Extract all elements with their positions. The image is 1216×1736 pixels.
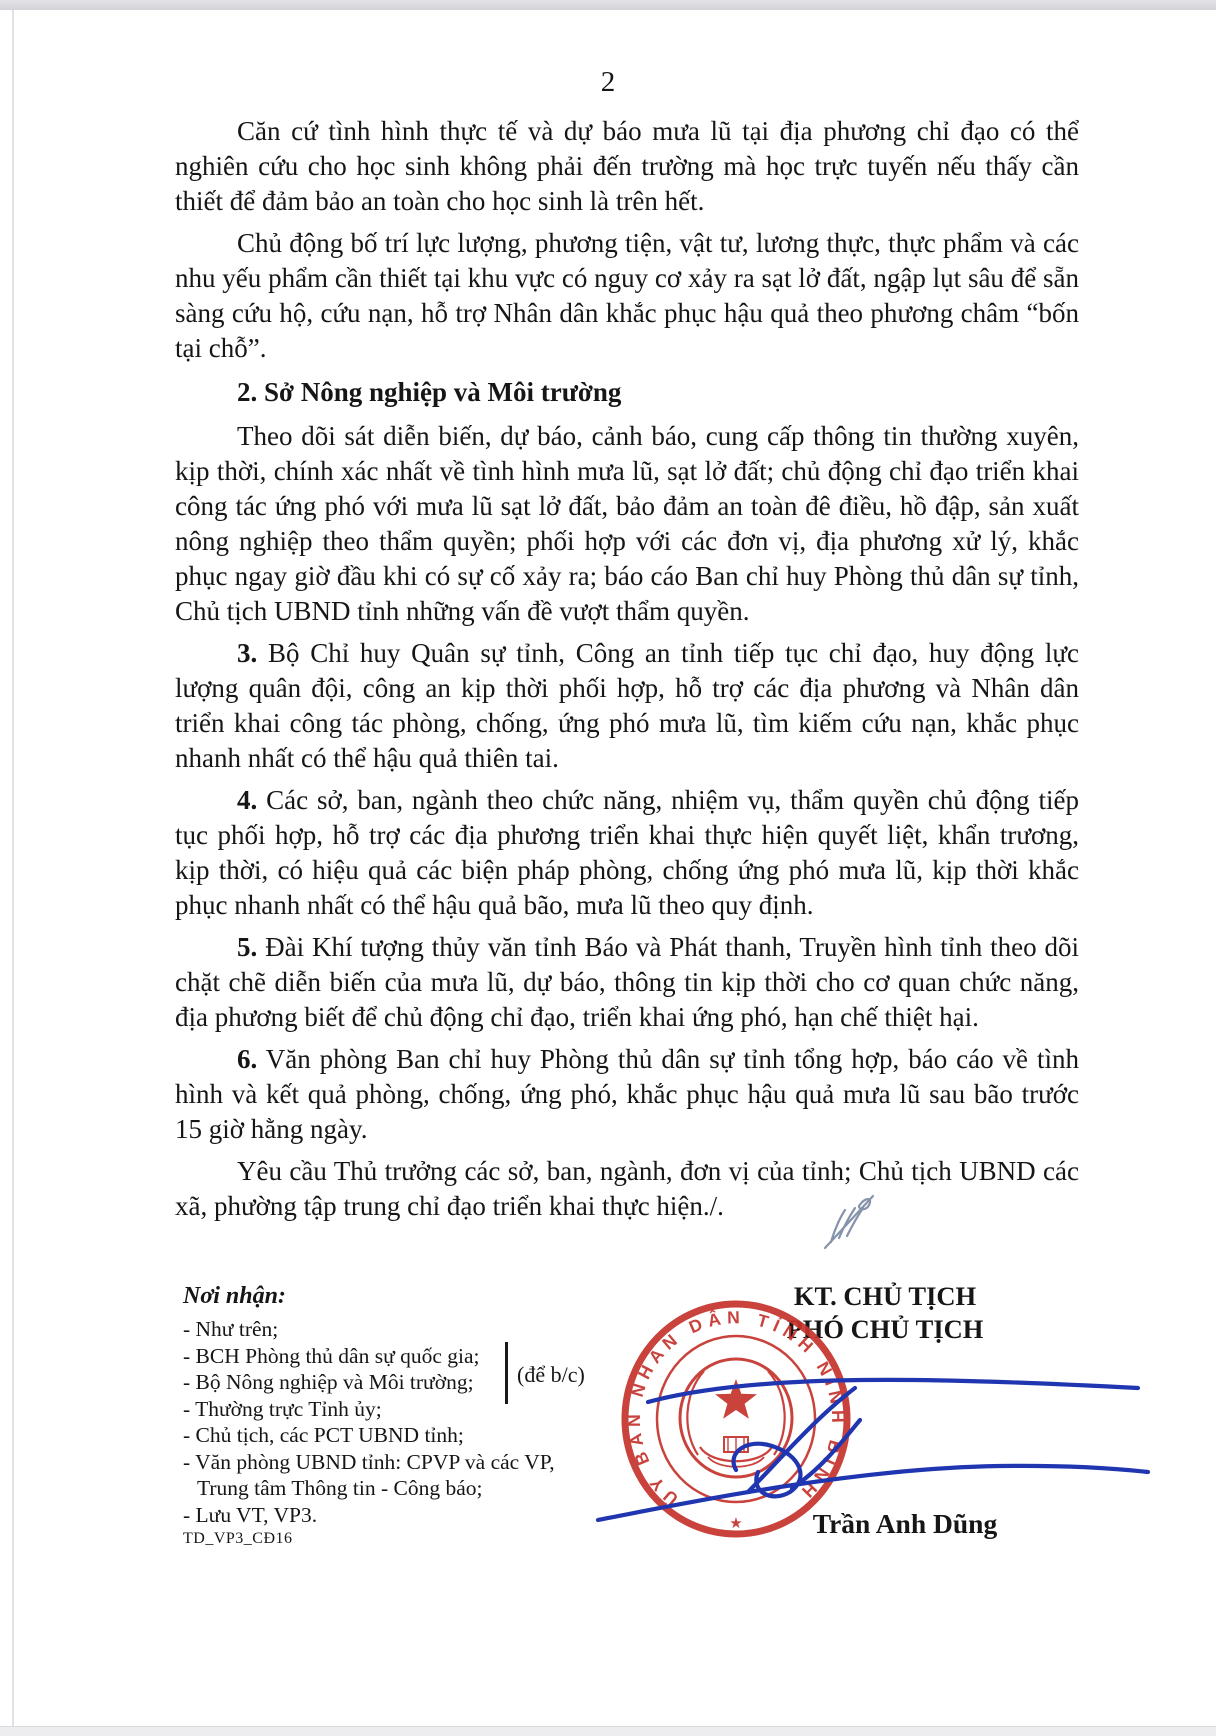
scan-edge-left [12, 10, 14, 1726]
bracket-line [505, 1342, 508, 1404]
paragraph-text: Theo dõi sát diễn biến, dự báo, cảnh báo… [175, 421, 1079, 626]
page-number: 2 [0, 66, 1216, 99]
document-page: 2 Căn cứ tình hình thực tế và dự báo mưa… [0, 0, 1216, 1736]
paragraph-text: Đài Khí tượng thủy văn tỉnh Báo và Phát … [175, 932, 1079, 1032]
body-paragraph: 5. Đài Khí tượng thủy văn tỉnh Báo và Ph… [175, 930, 1079, 1035]
paragraph-number: 5. [237, 932, 257, 962]
body-paragraph: Yêu cầu Thủ trưởng các sở, ban, ngành, đ… [175, 1154, 1079, 1224]
recipients-block: Nơi nhận: - Như trên; - BCH Phòng thủ dâ… [183, 1283, 543, 1548]
paragraph-number: 6. [237, 1044, 257, 1074]
scan-edge-bottom [0, 1726, 1216, 1736]
recipient-item: - Lưu VT, VP3. [183, 1502, 543, 1529]
body-paragraph: 4. Các sở, ban, ngành theo chức năng, nh… [175, 783, 1079, 923]
paragraph-number: 4. [237, 785, 257, 815]
recipient-item: - BCH Phòng thủ dân sự quốc gia; [183, 1343, 543, 1370]
archive-code: TD_VP3_CĐ16 [183, 1530, 543, 1548]
document-body: Căn cứ tình hình thực tế và dự báo mưa l… [175, 114, 1079, 1231]
recipient-item: - Văn phòng UBND tỉnh: CPVP và các VP, [183, 1449, 543, 1476]
paragraph-number: 2. [237, 377, 257, 407]
paragraph-text: Văn phòng Ban chỉ huy Phòng thủ dân sự t… [175, 1044, 1079, 1144]
recipient-item: - Bộ Nông nghiệp và Môi trường; [183, 1369, 543, 1396]
body-paragraph: 3. Bộ Chỉ huy Quân sự tỉnh, Công an tỉnh… [175, 636, 1079, 776]
paragraph-number: 3. [237, 638, 257, 668]
recipient-item: Trung tâm Thông tin - Công báo; [183, 1475, 543, 1502]
paragraph-text: Bộ Chỉ huy Quân sự tỉnh, Công an tỉnh ti… [175, 638, 1079, 773]
section-heading: 2. Sở Nông nghiệp và Môi trường [175, 375, 1079, 410]
paragraph-text: Yêu cầu Thủ trưởng các sở, ban, ngành, đ… [175, 1156, 1079, 1221]
body-paragraph: Căn cứ tình hình thực tế và dự báo mưa l… [175, 114, 1079, 219]
recipients-label: Nơi nhận: [183, 1283, 543, 1310]
paragraph-text: Các sở, ban, ngành theo chức năng, nhiệm… [175, 785, 1079, 920]
body-paragraph: 6. Văn phòng Ban chỉ huy Phòng thủ dân s… [175, 1042, 1079, 1147]
body-paragraph: Theo dõi sát diễn biến, dự báo, cảnh báo… [175, 419, 1079, 629]
recipient-item: - Chủ tịch, các PCT UBND tỉnh; [183, 1422, 543, 1449]
recipient-item: - Như trên; [183, 1316, 543, 1343]
recipient-item: - Thường trực Tỉnh ủy; [183, 1396, 543, 1423]
paragraph-text: Chủ động bố trí lực lượng, phương tiện, … [175, 228, 1079, 363]
paragraph-text: Sở Nông nghiệp và Môi trường [257, 377, 621, 407]
body-paragraph: Chủ động bố trí lực lượng, phương tiện, … [175, 226, 1079, 366]
handwritten-initial-ink [815, 1188, 885, 1254]
paragraph-text: Căn cứ tình hình thực tế và dự báo mưa l… [175, 116, 1079, 216]
scan-edge-top [0, 0, 1216, 10]
signature-ink [560, 1355, 1160, 1530]
